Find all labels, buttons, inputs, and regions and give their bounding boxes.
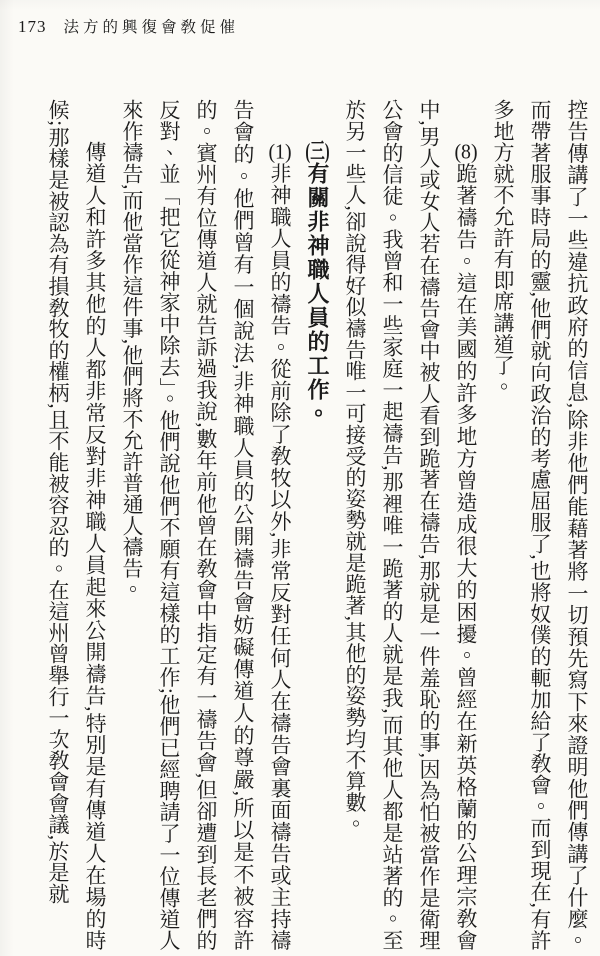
paragraph-text: 跪著禱告。這在美國的許多地方曾造成很大的困擾。曾經在新英格蘭的公理宗敎會中,男人… — [343, 99, 478, 951]
paragraph-text: 非神職人員的禱告。從前除了敎牧以外,非常反對任何人在禱告會裏面禱告或主持禱告會的… — [120, 99, 292, 951]
paragraph-item-8: (8)跪著禱告。這在美國的許多地方曾造成很大的困擾。曾經在新英格蘭的公理宗敎會中… — [336, 99, 484, 951]
section-heading: (三)有關非神職人員的工作。 — [298, 99, 336, 951]
paragraph-continuation: 控告傳講了一些違抗政府的信息,除非他們能藉著將一切預先寫下來證明他們傳講了什麼。… — [484, 99, 595, 951]
paragraph-item-1: (1)非神職人員的禱告。從前除了敎牧以外,非常反對任何人在禱告會裏面禱告或主持禱… — [113, 99, 298, 951]
header-title: 法方的興復會敎促催 — [64, 15, 240, 37]
item-number-1: (1) — [268, 141, 292, 162]
paragraph-text: 控告傳講了一些違抗政府的信息,除非他們能藉著將一切預先寫下來證明他們傳講了什麼。… — [491, 99, 589, 951]
page-number: 173 — [18, 17, 47, 37]
paragraph-final: 傳道人和許多其他的人都非常反對非神職人員起來公開禱告,特別是有傳道人在場的時候;… — [39, 99, 113, 951]
page-body: 控告傳講了一些違抗政府的信息,除非他們能藉著將一切預先寫下來證明他們傳講了什麼。… — [13, 99, 595, 951]
paragraph-text: 傳道人和許多其他的人都非常反對非神職人員起來公開禱告,特別是有傳道人在場的時候;… — [46, 99, 107, 951]
book-page: 173 法方的興復會敎促催 控告傳講了一些違抗政府的信息,除非他們能藉著將一切預… — [0, 0, 600, 956]
section-number-3: (三) — [305, 140, 330, 162]
section-heading-text: 有關非神職人員的工作。 — [305, 162, 330, 426]
item-number-8: (8) — [454, 141, 478, 163]
running-header: 173 法方的興復會敎促催 — [18, 15, 239, 37]
